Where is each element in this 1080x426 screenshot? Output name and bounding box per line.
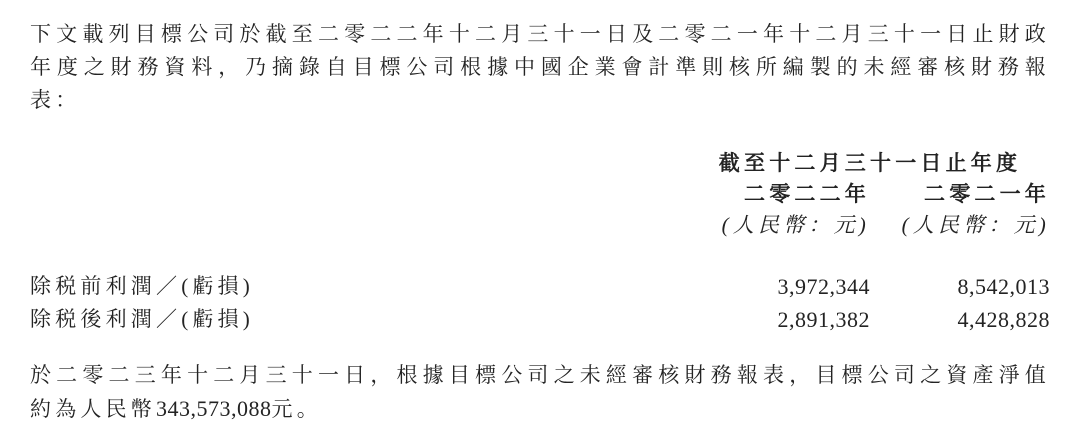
- table-header: 截至十二月三十一日止年度 二零二二年 二零二一年 (人民幣：元) (人民幣：元): [30, 148, 1050, 241]
- financial-table: 截至十二月三十一日止年度 二零二二年 二零二一年 (人民幣：元) (人民幣：元)…: [30, 148, 1050, 336]
- closing-line-2-prefix: 約為人民幣: [30, 397, 156, 421]
- intro-line-2: 年度之財務資料，乃摘錄自目標公司根據中國企業會計準則核所編製的未經審核財務報: [30, 51, 1050, 84]
- table-header-columns: 截至十二月三十一日止年度 二零二二年 二零二一年 (人民幣：元) (人民幣：元): [690, 148, 1050, 241]
- intro-paragraph: 下文載列目標公司於截至二零二二年十二月三十一日及二零二一年十二月三十一日止財政 …: [30, 18, 1050, 117]
- value-2021: 4,428,828: [870, 303, 1050, 336]
- year-column-2021: 二零二一年: [870, 179, 1050, 210]
- intro-line-1: 下文載列目標公司於截至二零二二年十二月三十一日及二零二一年十二月三十一日止財政: [30, 18, 1050, 51]
- row-label: 除税前利潤／(虧損): [30, 270, 690, 303]
- table-row-profit-after-tax: 除税後利潤／(虧損) 2,891,382 4,428,828: [30, 303, 1050, 336]
- unit-header-row: (人民幣：元) (人民幣：元): [690, 210, 1050, 241]
- closing-line-2: 約為人民幣343,573,088元。: [30, 392, 1050, 426]
- unit-label-2022: (人民幣：元): [690, 210, 870, 241]
- table-body: 除税前利潤／(虧損) 3,972,344 8,542,013 除税後利潤／(虧損…: [30, 270, 1050, 336]
- row-label: 除税後利潤／(虧損): [30, 303, 690, 336]
- closing-line-2-suffix: 元。: [272, 397, 322, 421]
- closing-paragraph: 於二零二三年十二月三十一日，根據目標公司之未經審核財務報表，目標公司之資產淨值 …: [30, 359, 1050, 426]
- document-page: 下文載列目標公司於截至二零二二年十二月三十一日及二零二一年十二月三十一日止財政 …: [0, 0, 1080, 426]
- year-header-row: 二零二二年 二零二一年: [690, 179, 1050, 210]
- table-row-profit-before-tax: 除税前利潤／(虧損) 3,972,344 8,542,013: [30, 270, 1050, 303]
- intro-line-3: 表：: [30, 84, 1050, 117]
- value-2021: 8,542,013: [870, 270, 1050, 303]
- value-2022: 3,972,344: [690, 270, 870, 303]
- net-asset-amount: 343,573,088: [156, 396, 272, 421]
- unit-label-2021: (人民幣：元): [870, 210, 1050, 241]
- period-header: 截至十二月三十一日止年度: [690, 148, 1050, 179]
- value-2022: 2,891,382: [690, 303, 870, 336]
- year-column-2022: 二零二二年: [690, 179, 870, 210]
- closing-line-1: 於二零二三年十二月三十一日，根據目標公司之未經審核財務報表，目標公司之資產淨值: [30, 359, 1050, 392]
